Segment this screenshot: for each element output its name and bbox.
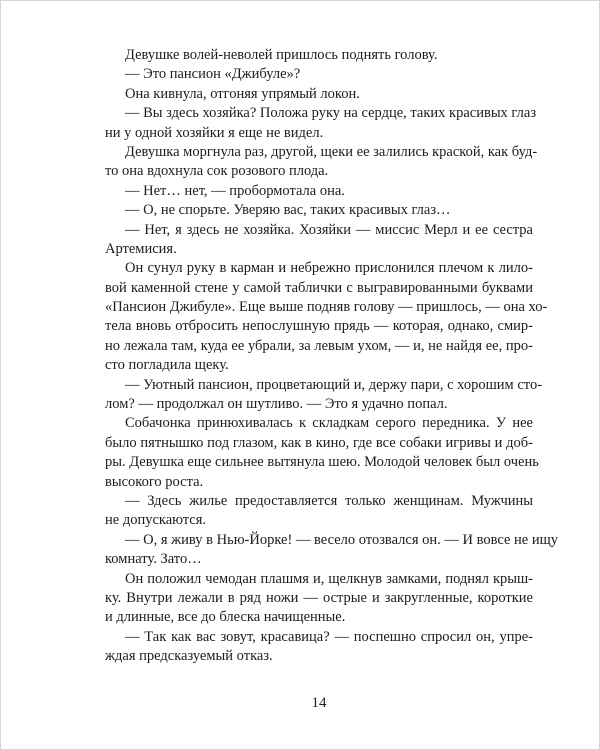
text-line: ни у одной хозяйки я еще не видел.: [105, 124, 533, 143]
text-line: не допускаются.: [105, 511, 533, 530]
text-line: тела вновь отбросить непослушную прядь —…: [105, 317, 533, 336]
paragraph: — Уютный пансион, процветающий и, держу …: [105, 376, 533, 415]
text-line: Собачонка принюхивалась к складкам серог…: [105, 414, 533, 433]
paragraph: — О, я живу в Нью-Йорке! — весело отозва…: [105, 531, 533, 570]
paragraph: — Так как вас зовут, красавица? — поспеш…: [105, 628, 533, 667]
text-line: сто погладила щеку.: [105, 356, 533, 375]
text-line: ку. Внутри лежали в ряд ножи — острые и …: [105, 589, 533, 608]
text-line: Девушка моргнула раз, другой, щеки ее за…: [105, 143, 533, 162]
paragraph: — Нет… нет, — пробормотала она.: [105, 182, 533, 201]
text-line: — Вы здесь хозяйка? Положа руку на сердц…: [105, 104, 533, 123]
text-line: было пятнышко под глазом, как в кино, гд…: [105, 434, 533, 453]
text-line: — Здесь жилье предоставляется только жен…: [105, 492, 533, 511]
paragraph: Девушке волей-неволей пришлось поднять г…: [105, 46, 533, 65]
text-line: ры. Девушка еще сильнее вытянула шею. Мо…: [105, 453, 533, 472]
text-line: но лежала там, куда ее убрали, за левым …: [105, 337, 533, 356]
paragraph: Она кивнула, отгоняя упрямый локон.: [105, 85, 533, 104]
paragraph: — О, не спорьте. Уверяю вас, таких краси…: [105, 201, 533, 220]
text-line: — О, не спорьте. Уверяю вас, таких краси…: [105, 201, 533, 220]
paragraph: — Здесь жилье предоставляется только жен…: [105, 492, 533, 531]
paragraph: — Это пансион «Джибуле»?: [105, 65, 533, 84]
text-line: Он положил чемодан плашмя и, щелкнув зам…: [105, 570, 533, 589]
text-line: Он сунул руку в карман и небрежно присло…: [105, 259, 533, 278]
paragraph: Он сунул руку в карман и небрежно присло…: [105, 259, 533, 375]
text-line: ждая предсказуемый отказ.: [105, 647, 533, 666]
text-line: лом? — продолжал он шутливо. — Это я уда…: [105, 395, 533, 414]
text-line: — Нет… нет, — пробормотала она.: [105, 182, 533, 201]
text-line: — Нет, я здесь не хозяйка. Хозяйки — мис…: [105, 221, 533, 240]
text-line: и длинные, все до блеска начищенные.: [105, 608, 533, 627]
text-line: комнату. Зато…: [105, 550, 533, 569]
text-line: Артемисия.: [105, 240, 533, 259]
text-line: «Пансион Джибуле». Еще выше подняв голов…: [105, 298, 533, 317]
text-line: то она вдохнула сок розового плода.: [105, 162, 533, 181]
paragraph: Он положил чемодан плашмя и, щелкнув зам…: [105, 570, 533, 628]
text-line: Она кивнула, отгоняя упрямый локон.: [105, 85, 533, 104]
text-line: высокого роста.: [105, 473, 533, 492]
book-page: Девушке волей-неволей пришлось поднять г…: [0, 0, 600, 750]
text-block: Девушке волей-неволей пришлось поднять г…: [105, 46, 533, 667]
text-line: — Так как вас зовут, красавица? — поспеш…: [105, 628, 533, 647]
paragraph: Собачонка принюхивалась к складкам серог…: [105, 414, 533, 492]
paragraph: — Вы здесь хозяйка? Положа руку на сердц…: [105, 104, 533, 143]
text-line: — Это пансион «Джибуле»?: [105, 65, 533, 84]
text-line: — Уютный пансион, процветающий и, держу …: [105, 376, 533, 395]
page-number: 14: [105, 695, 533, 712]
text-line: Девушке волей-неволей пришлось поднять г…: [105, 46, 533, 65]
paragraph: — Нет, я здесь не хозяйка. Хозяйки — мис…: [105, 221, 533, 260]
text-line: вой каменной стене у самой таблички с вы…: [105, 279, 533, 298]
text-line: — О, я живу в Нью-Йорке! — весело отозва…: [105, 531, 533, 550]
paragraph: Девушка моргнула раз, другой, щеки ее за…: [105, 143, 533, 182]
